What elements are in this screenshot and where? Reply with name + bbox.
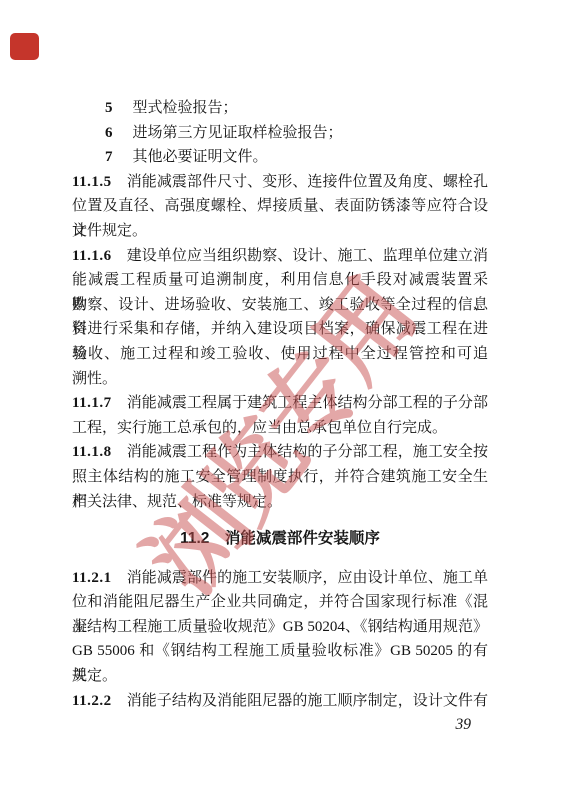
- clause-line: 11.1.8消能减震工程作为主体结构的子分部工程，施工安全按: [72, 440, 488, 465]
- item-text: 进场第三方见证取样检验报告；: [133, 125, 343, 141]
- clause-line: 土结构工程施工质量验收规范》GB 50204、《钢结构通用规范》: [72, 615, 488, 640]
- clause-line: GB 55006 和《钢结构工程施工质量验收标准》GB 50205 的有关: [72, 639, 488, 664]
- clause-line: 料进行采集和存储，并纳入建设项目档案，确保减震工程在进场: [72, 317, 488, 342]
- clause-line: 文件规定。: [72, 219, 488, 244]
- clause-line: 11.1.6建设单位应当组织勘察、设计、施工、监理单位建立消: [72, 244, 488, 269]
- clause-text: 相关法律、规范、标准等规定。: [72, 494, 282, 510]
- clause-line: 照主体结构的施工安全管理制度执行，并符合建筑施工安全生产: [72, 465, 488, 490]
- clause-text: 消能减震工程作为主体结构的子分部工程，施工安全按: [127, 444, 488, 460]
- document-body: 5型式检验报告；6进场第三方见证取样检验报告；7其他必要证明文件。11.1.5消…: [72, 96, 488, 738]
- item-text: 其他必要证明文件。: [133, 149, 268, 165]
- clause-line: 验收、施工过程和竣工验收、使用过程中全过程管控和可追: [72, 342, 488, 367]
- clause-text: 消能减震部件的施工安装顺序，应由设计单位、施工单: [127, 570, 488, 586]
- clause-line: 相关法律、规范、标准等规定。: [72, 490, 488, 515]
- clause-text: 溯性。: [72, 371, 117, 387]
- clause-line: 规定。: [72, 664, 488, 689]
- clause-number: 11.1.6: [72, 248, 112, 264]
- clause-text: 规定。: [72, 668, 117, 684]
- clause-number: 11.2.1: [72, 570, 112, 586]
- item-number: 7: [105, 149, 113, 165]
- document-page: 5型式检验报告；6进场第三方见证取样检验报告；7其他必要证明文件。11.1.5消…: [0, 0, 561, 804]
- clause-line: 11.2.1消能减震部件的施工安装顺序，应由设计单位、施工单: [72, 566, 488, 591]
- clause-number: 11.2.2: [72, 693, 112, 709]
- clause-number: 11.1.5: [72, 174, 112, 190]
- item-text: 型式检验报告；: [133, 100, 238, 116]
- clause-line: 11.1.7消能减震工程属于建筑工程主体结构分部工程的子分部: [72, 391, 488, 416]
- clause-text: 建设单位应当组织勘察、设计、施工、监理单位建立消: [127, 248, 488, 264]
- clause-text: 验收、施工过程和竣工验收、使用过程中全过程管控和可追: [72, 346, 488, 362]
- clause-number: 11.1.7: [72, 395, 112, 411]
- section-heading: 11.2 消能减震部件安装顺序: [72, 527, 488, 552]
- clause-line: 位置及直径、高强度螺栓、焊接质量、表面防锈漆等应符合设计: [72, 194, 488, 219]
- clause-text: 土结构工程施工质量验收规范》GB 50204、《钢结构通用规范》: [72, 619, 488, 635]
- item-number: 6: [105, 125, 113, 141]
- clause-line: 溯性。: [72, 367, 488, 392]
- clause-text: 工程，实行施工总承包的，应当由总承包单位自行完成。: [72, 420, 447, 436]
- clause-line: 位和消能阻尼器生产企业共同确定，并符合国家现行标准《混凝: [72, 590, 488, 615]
- red-stamp-icon: [10, 33, 39, 60]
- list-item: 7其他必要证明文件。: [72, 145, 488, 170]
- clause-line: 能减震工程质量可追溯制度，利用信息化手段对减震装置采购、: [72, 268, 488, 293]
- clause-text: 消能子结构及消能阻尼器的施工顺序制定，设计文件有: [127, 693, 488, 709]
- clause-line: 工程，实行施工总承包的，应当由总承包单位自行完成。: [72, 416, 488, 441]
- list-item: 6进场第三方见证取样检验报告；: [72, 121, 488, 146]
- clause-line: 勘察、设计、进场验收、安装施工、竣工验收等全过程的信息资: [72, 293, 488, 318]
- item-number: 5: [105, 100, 113, 116]
- clause-number: 11.1.8: [72, 444, 112, 460]
- clause-line: 11.1.5消能减震部件尺寸、变形、连接件位置及角度、螺栓孔: [72, 170, 488, 195]
- page-number: 39: [72, 713, 488, 738]
- list-item: 5型式检验报告；: [72, 96, 488, 121]
- clause-text: 消能减震工程属于建筑工程主体结构分部工程的子分部: [127, 395, 488, 411]
- clause-line: 11.2.2消能子结构及消能阻尼器的施工顺序制定，设计文件有: [72, 689, 488, 714]
- clause-text: 消能减震部件尺寸、变形、连接件位置及角度、螺栓孔: [127, 174, 488, 190]
- clause-text: 文件规定。: [72, 223, 147, 239]
